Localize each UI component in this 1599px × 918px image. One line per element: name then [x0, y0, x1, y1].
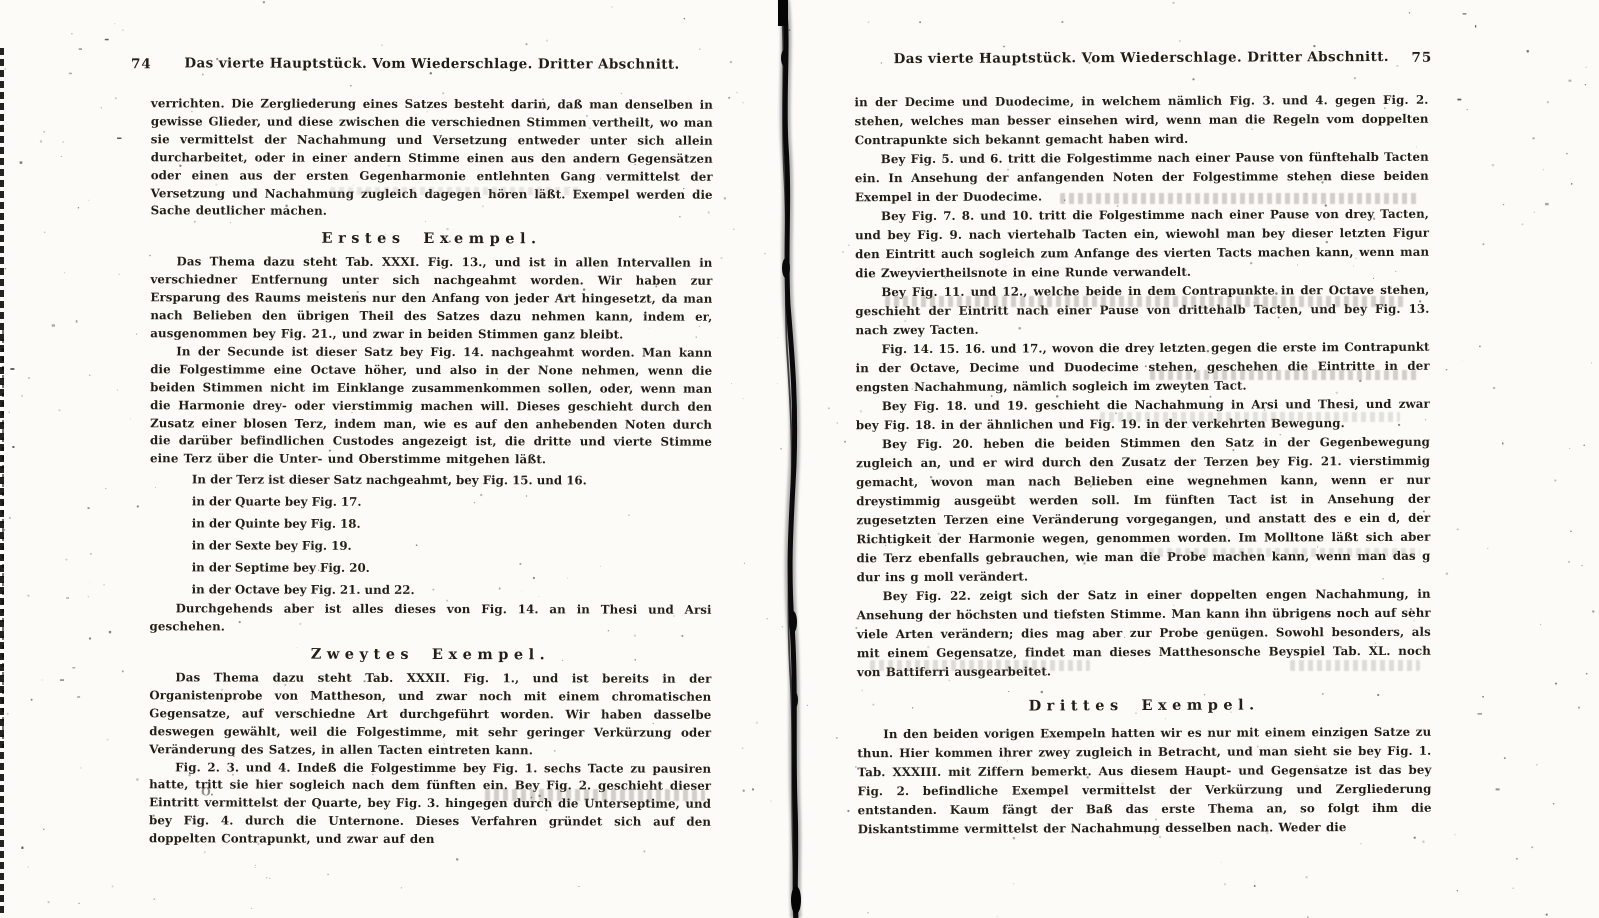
right-page-header: Das vierte Hauptstück. Vom Wiederschlage…: [854, 49, 1428, 74]
left-page-text-column: verrichten. Die Zergliederung eines Satz…: [149, 95, 713, 850]
page-number-right: 75: [1411, 50, 1432, 66]
scanned-book-spread: 74 Das vierte Hauptstück. Vom Wiederschl…: [0, 0, 1599, 918]
section-heading: Erstes Exempel.: [151, 230, 713, 248]
running-header-left: Das vierte Hauptstück. Vom Wiederschlage…: [151, 55, 713, 72]
list-item: in der Quinte bey Fig. 18.: [192, 513, 712, 536]
right-page-text-column: in der Decime und Duodecime, in welchem …: [854, 91, 1431, 839]
section-heading: Drittes Exempel.: [857, 696, 1431, 716]
left-page: 74 Das vierte Hauptstück. Vom Wiederschl…: [149, 55, 713, 850]
paragraph: verrichten. Die Zergliederung eines Satz…: [151, 95, 713, 222]
list-item: in der Sexte bey Fig. 19.: [192, 535, 712, 558]
paragraph: Fig. 14. 15. 16. und 17., wovon die drey…: [856, 338, 1430, 398]
list-item: in der Septime bey Fig. 20.: [192, 557, 712, 580]
section-heading: Zweytes Exempel.: [149, 645, 711, 663]
paragraph: In den beiden vorigen Exempeln hatten wi…: [857, 723, 1431, 840]
paragraph: Das Thema dazu steht Tab. XXXI. Fig. 13.…: [150, 254, 712, 345]
list-item: In der Terz ist dieser Satz nachgeahmt, …: [192, 469, 712, 492]
page-number-left: 74: [131, 56, 152, 72]
paragraph: in der Decime und Duodecime, in welchem …: [854, 91, 1428, 151]
paragraph: In der Secunde ist dieser Satz bey Fig. …: [150, 343, 712, 470]
list-item: in der Octave bey Fig. 21. und 22.: [192, 579, 712, 602]
paragraph: Fig. 2. 3. und 4. Indeß die Folgestimme …: [149, 759, 711, 850]
running-header-right: Das vierte Hauptstück. Vom Wiederschlage…: [854, 49, 1428, 68]
paragraph: Bey Fig. 20. heben die beiden Stimmen de…: [856, 433, 1431, 588]
paragraph: Das Thema dazu steht Tab. XXXII. Fig. 1.…: [149, 669, 711, 760]
paragraph: Durchgehends aber ist alles dieses von F…: [150, 600, 712, 637]
paragraph: Bey Fig. 22. zeigt sich der Satz in eine…: [857, 585, 1431, 683]
signature-mark: O.: [201, 785, 214, 798]
paragraph: Bey Fig. 11. und 12., welche beide in de…: [855, 281, 1429, 341]
paragraph: Bey Fig. 5. und 6. tritt die Folgestimme…: [855, 148, 1429, 208]
paragraph: Bey Fig. 18. und 19. geschieht die Nacha…: [856, 395, 1430, 436]
left-page-header: 74 Das vierte Hauptstück. Vom Wiederschl…: [151, 55, 713, 78]
list-item: in der Quarte bey Fig. 17.: [192, 491, 712, 514]
scan-edge-artifact: [2, 330, 4, 750]
right-page: Das vierte Hauptstück. Vom Wiederschlage…: [854, 49, 1431, 839]
paragraph: Bey Fig. 7. 8. und 10. tritt die Folgest…: [855, 205, 1429, 284]
